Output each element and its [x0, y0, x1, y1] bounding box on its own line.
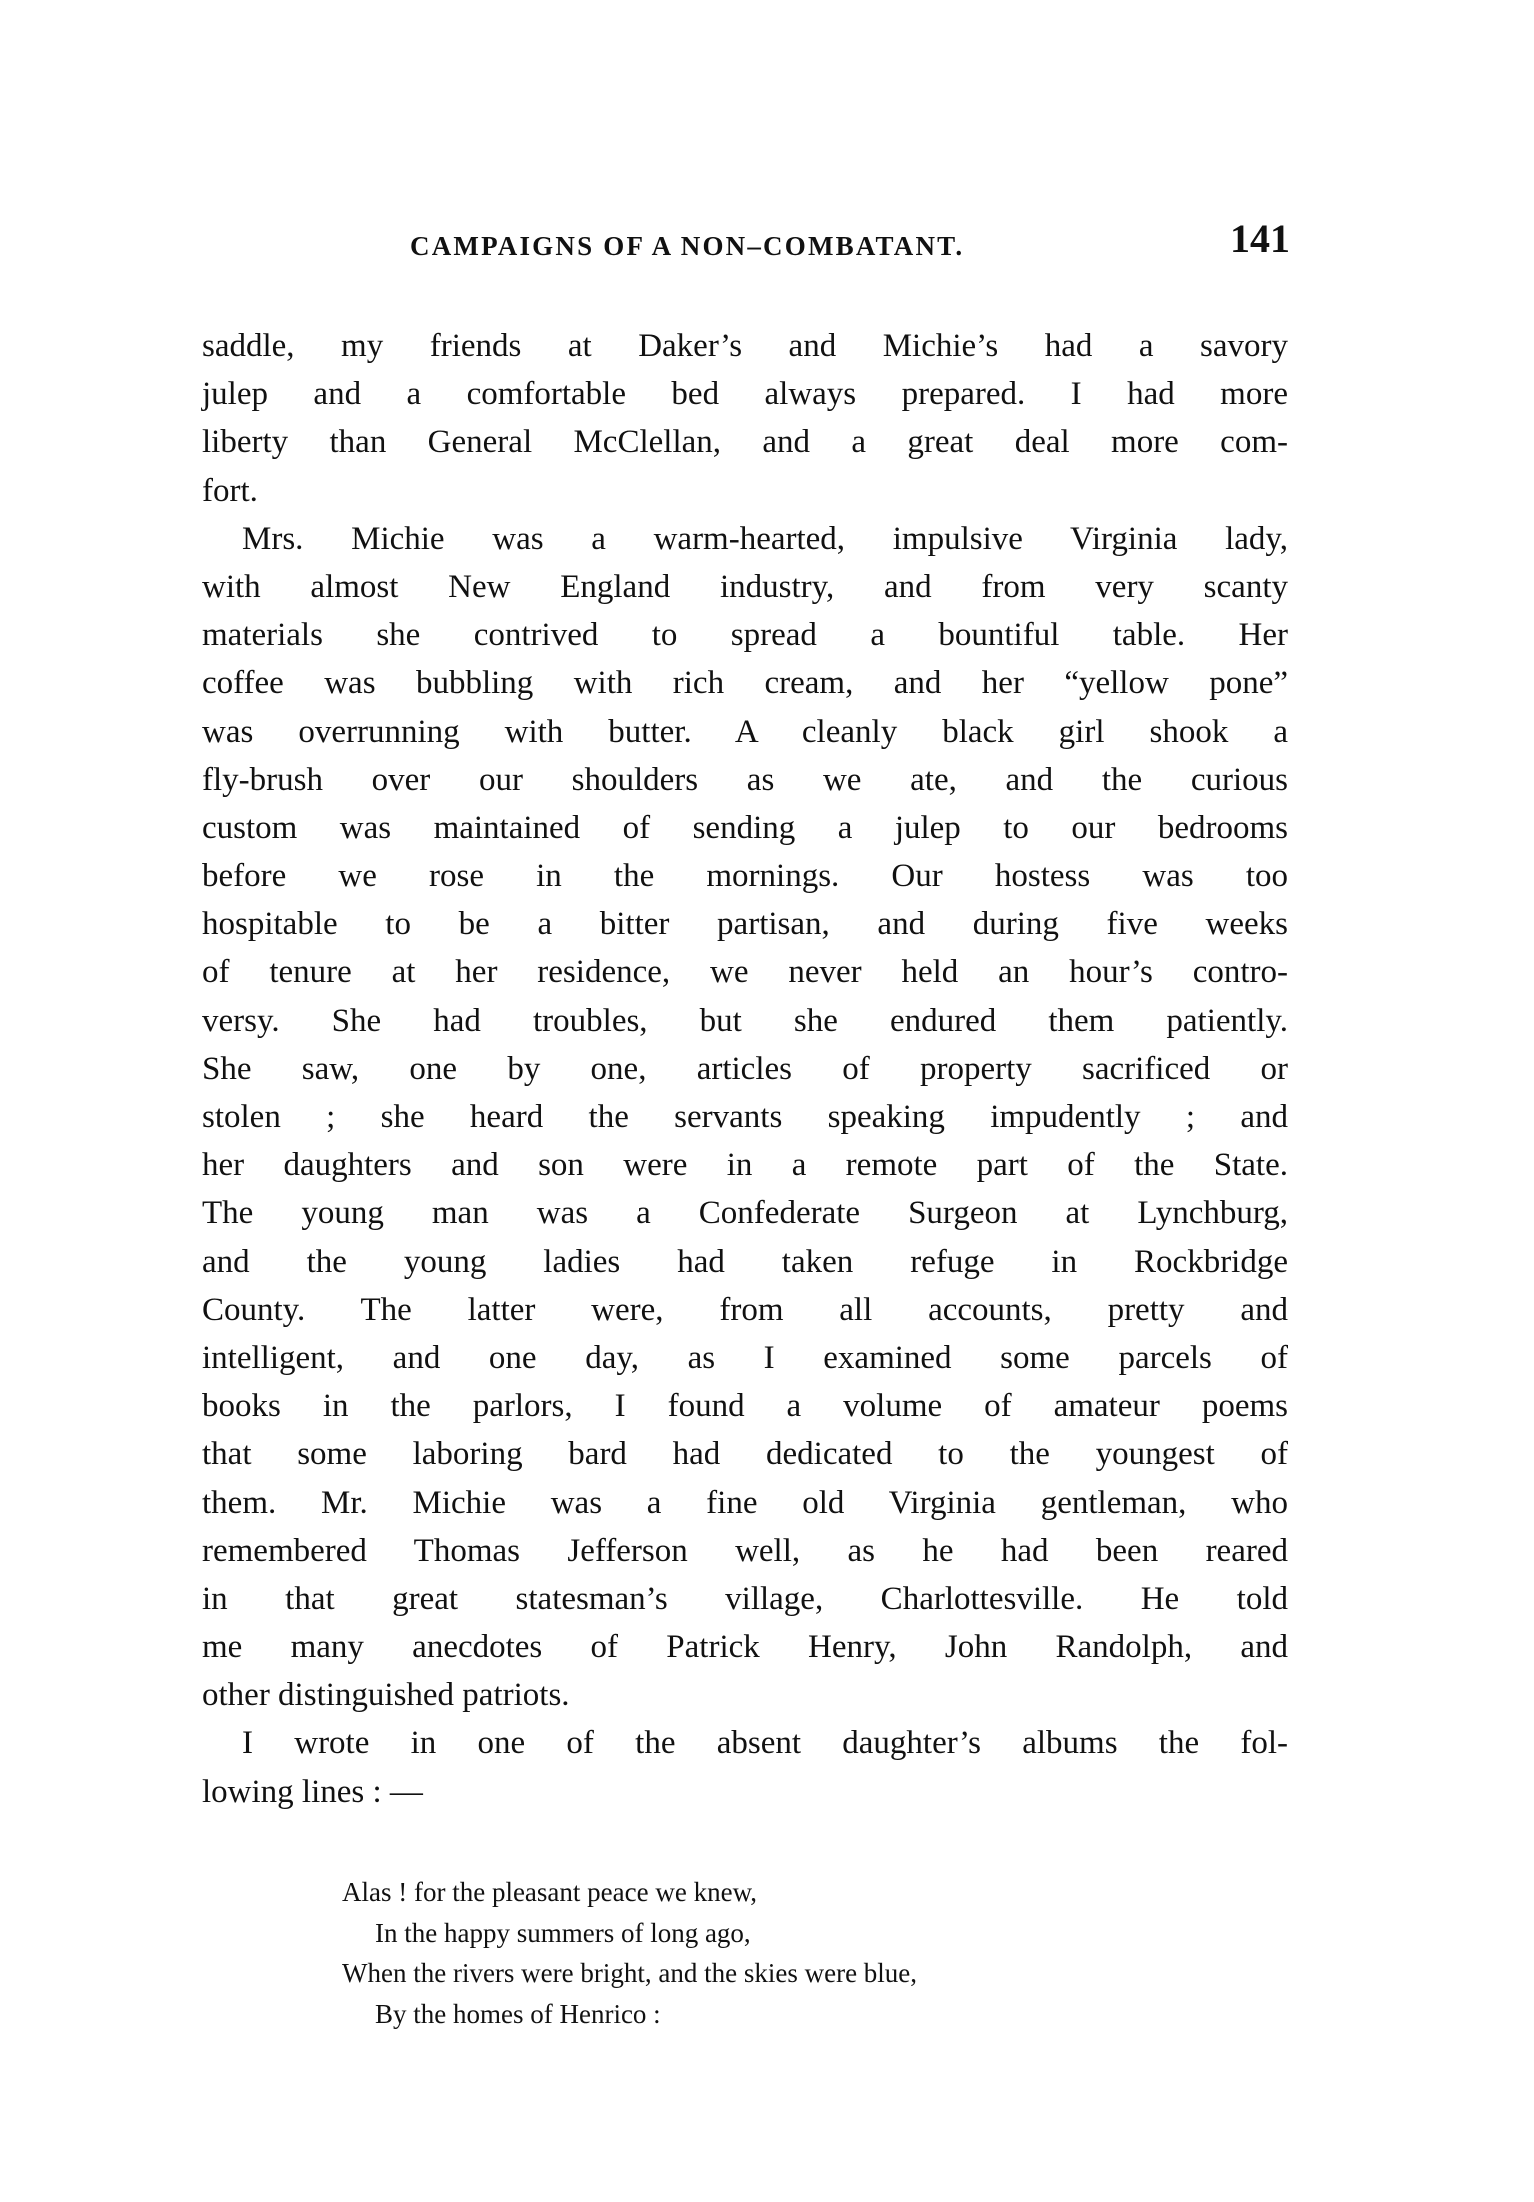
text-line: them. Mr. Michie was a fine old Virginia… — [202, 1479, 1288, 1527]
text-line: and the young ladies had taken refuge in… — [202, 1238, 1288, 1286]
text-line: of tenure at her residence, we never hel… — [202, 948, 1288, 996]
text-line: stolen ; she heard the servants speaking… — [202, 1093, 1288, 1141]
text-line: County. The latter were, from all accoun… — [202, 1286, 1288, 1334]
text-line: remembered Thomas Jefferson well, as he … — [202, 1527, 1288, 1575]
book-page: CAMPAIGNS OF A NON–COMBATANT. 141 saddle… — [0, 0, 1534, 2202]
text-line: was overrunning with butter. A cleanly b… — [202, 708, 1288, 756]
text-line: that some laboring bard had dedicated to… — [202, 1430, 1288, 1478]
text-line: me many anecdotes of Patrick Henry, John… — [202, 1623, 1288, 1671]
poem-line: Alas ! for the pleasant peace we knew, — [342, 1872, 1242, 1913]
text-line: liberty than General McClellan, and a gr… — [202, 418, 1288, 466]
text-line: The young man was a Confederate Surgeon … — [202, 1189, 1288, 1237]
paragraph-start-line: I wrote in one of the absent daughter’s … — [202, 1719, 1288, 1767]
poem-line: By the homes of Henrico : — [342, 1994, 1242, 2035]
text-line: saddle, my friends at Daker’s and Michie… — [202, 322, 1288, 370]
body-text: saddle, my friends at Daker’s and Michie… — [202, 322, 1288, 1816]
text-line: books in the parlors, I found a volume o… — [202, 1382, 1288, 1430]
text-line: custom was maintained of sending a julep… — [202, 804, 1288, 852]
poem-block: Alas ! for the pleasant peace we knew, I… — [342, 1872, 1242, 2034]
page-number: 141 — [1216, 214, 1290, 264]
text-line: before we rose in the mornings. Our host… — [202, 852, 1288, 900]
text-line: fort. — [202, 467, 1288, 515]
text-line: julep and a comfortable bed always prepa… — [202, 370, 1288, 418]
text-line: intelligent, and one day, as I examined … — [202, 1334, 1288, 1382]
paragraph-start-line: Mrs. Michie was a warm-hearted, impulsiv… — [202, 515, 1288, 563]
running-title: CAMPAIGNS OF A NON–COMBATANT. — [410, 226, 1070, 266]
text-line: with almost New England industry, and fr… — [202, 563, 1288, 611]
text-line: other distinguished patriots. — [202, 1671, 1288, 1719]
text-line: versy. She had troubles, but she endured… — [202, 997, 1288, 1045]
text-line: lowing lines : — — [202, 1768, 1288, 1816]
poem-line: When the rivers were bright, and the ski… — [342, 1953, 1242, 1994]
text-line: hospitable to be a bitter partisan, and … — [202, 900, 1288, 948]
poem-line: In the happy summers of long ago, — [342, 1913, 1242, 1954]
text-line: in that great statesman’s village, Charl… — [202, 1575, 1288, 1623]
text-line: She saw, one by one, articles of propert… — [202, 1045, 1288, 1093]
text-line: coffee was bubbling with rich cream, and… — [202, 659, 1288, 707]
text-line: fly-brush over our shoulders as we ate, … — [202, 756, 1288, 804]
text-line: her daughters and son were in a remote p… — [202, 1141, 1288, 1189]
text-line: materials she contrived to spread a boun… — [202, 611, 1288, 659]
